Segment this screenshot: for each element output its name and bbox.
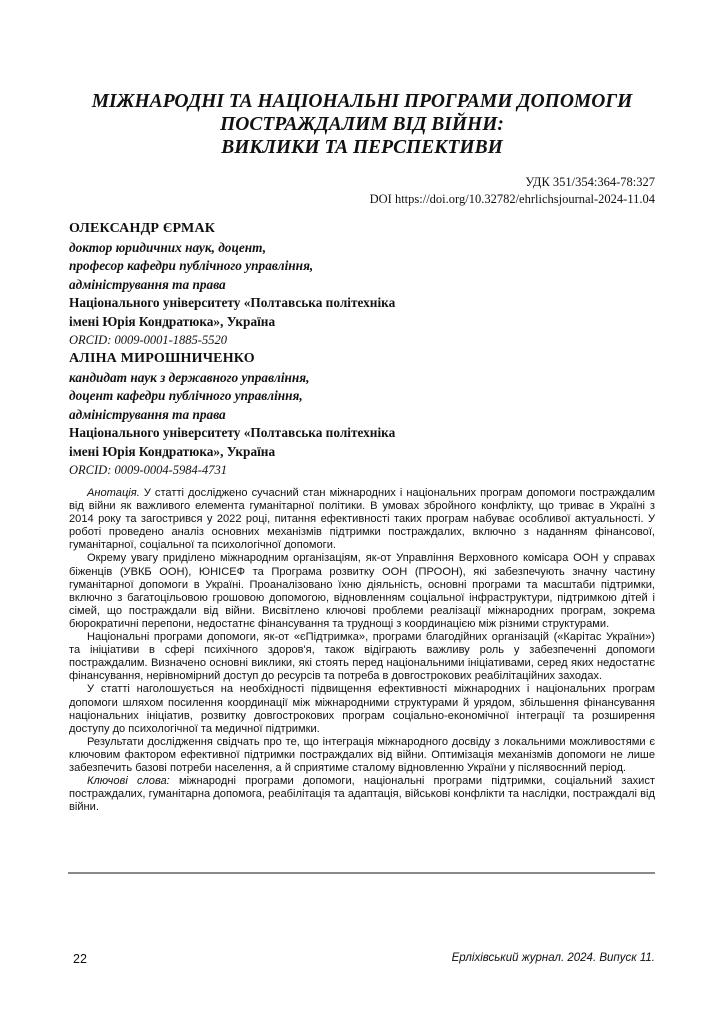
title-line: ВИКЛИКИ ТА ПЕРСПЕКТИВИ bbox=[60, 136, 664, 159]
abstract-label: Анотація. bbox=[87, 487, 140, 499]
abstract-paragraph: Окрему увагу приділено міжнародним орган… bbox=[69, 552, 655, 631]
author-name: АЛІНА МИРОШНИЧЕНКО bbox=[69, 350, 489, 369]
keywords-label: Ключові слова: bbox=[87, 775, 170, 787]
author-orcid[interactable]: ORCID: 0009-0001-1885-5520 bbox=[69, 331, 489, 350]
section-divider bbox=[68, 872, 655, 874]
article-title: МІЖНАРОДНІ ТА НАЦІОНАЛЬНІ ПРОГРАМИ ДОПОМ… bbox=[60, 90, 664, 159]
author-block: ОЛЕКСАНДР ЄРМАК доктор юридичних наук, д… bbox=[69, 220, 489, 350]
author-position: професор кафедри публічного управління, bbox=[69, 257, 489, 276]
abstract: Анотація. У статті досліджено сучасний с… bbox=[69, 487, 655, 814]
author-position: доцент кафедри публічного управління, bbox=[69, 387, 489, 406]
author-position: кандидат наук з державного управління, bbox=[69, 369, 489, 388]
author-position: адміністрування та права bbox=[69, 406, 489, 425]
article-meta: УДК 351/354:364-78:327 DOI https://doi.o… bbox=[370, 174, 655, 208]
title-line: МІЖНАРОДНІ ТА НАЦІОНАЛЬНІ ПРОГРАМИ ДОПОМ… bbox=[60, 90, 664, 113]
journal-citation: Ерліхівський журнал. 2024. Випуск 11. bbox=[452, 952, 655, 966]
author-institution: імені Юрія Кондратюка», Україна bbox=[69, 313, 489, 332]
abstract-paragraph: Анотація. У статті досліджено сучасний с… bbox=[69, 487, 655, 552]
author-institution: Національного університету «Полтавська п… bbox=[69, 424, 489, 443]
author-name: ОЛЕКСАНДР ЄРМАК bbox=[69, 220, 489, 239]
udc-code: УДК 351/354:364-78:327 bbox=[370, 174, 655, 191]
page-number: 22 bbox=[73, 952, 87, 966]
doi-link[interactable]: DOI https://doi.org/10.32782/ehrlichsjou… bbox=[370, 191, 655, 208]
paper-page: МІЖНАРОДНІ ТА НАЦІОНАЛЬНІ ПРОГРАМИ ДОПОМ… bbox=[0, 0, 724, 1024]
author-institution: Національного університету «Полтавська п… bbox=[69, 294, 489, 313]
title-line: ПОСТРАЖДАЛИМ ВІД ВІЙНИ: bbox=[60, 113, 664, 136]
keywords: Ключові слова: міжнародні програми допом… bbox=[69, 775, 655, 814]
abstract-paragraph: У статті наголошується на необхідності п… bbox=[69, 683, 655, 735]
author-position: адміністрування та права bbox=[69, 276, 489, 295]
author-orcid[interactable]: ORCID: 0009-0004-5984-4731 bbox=[69, 461, 489, 480]
abstract-paragraph: Національні програми допомоги, як-от «єП… bbox=[69, 631, 655, 683]
author-position: доктор юридичних наук, доцент, bbox=[69, 239, 489, 258]
author-block: АЛІНА МИРОШНИЧЕНКО кандидат наук з держа… bbox=[69, 350, 489, 480]
author-institution: імені Юрія Кондратюка», Україна bbox=[69, 443, 489, 462]
abstract-paragraph: Результати дослідження свідчать про те, … bbox=[69, 736, 655, 775]
page-footer: 22 Ерліхівський журнал. 2024. Випуск 11. bbox=[73, 952, 655, 966]
